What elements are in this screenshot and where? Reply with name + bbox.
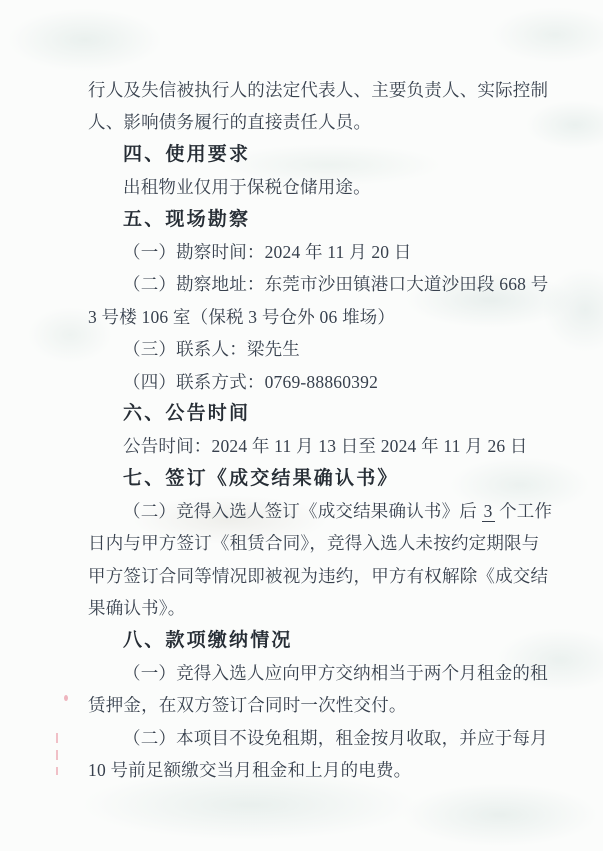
scan-artifact-pink-line bbox=[56, 733, 58, 775]
text-line: （三）联系人：梁先生 bbox=[88, 333, 558, 365]
text-line: 赁押金，在双方签订合同时一次性交付。 bbox=[88, 689, 558, 721]
text-line: （二）本项目不设免租期，租金按月收取，并应于每月 bbox=[88, 722, 558, 754]
text-line: 10 号前足额缴交当月租金和上月的电费。 bbox=[88, 754, 558, 786]
text-line: 行人及失信被执行人的法定代表人、主要负责人、实际控制 bbox=[88, 74, 558, 106]
text-line: （一）竞得入选人应向甲方交纳相当于两个月租金的租 bbox=[88, 657, 558, 689]
text-line: 出租物业仅用于保税仓储用途。 bbox=[88, 171, 558, 203]
text-run: 八、款项缴纳情况 bbox=[123, 630, 293, 651]
text-run: 果确认书》。 bbox=[88, 598, 185, 618]
text-line: 3 号楼 106 室（保税 3 号仓外 06 堆场） bbox=[88, 301, 558, 333]
section-heading: 五、现场勘察 bbox=[88, 204, 558, 236]
text-line: （二）竞得入选人签订《成交结果确认书》后 3 个工作 bbox=[88, 495, 558, 527]
text-run: （二）勘察地址：东莞市沙田镇港口大道沙田段 668 号 bbox=[123, 274, 548, 294]
document-body: 行人及失信被执行人的法定代表人、主要负责人、实际控制人、影响债务履行的直接责任人… bbox=[88, 74, 558, 787]
text-run: 六、公告时间 bbox=[123, 403, 250, 424]
text-run: 行人及失信被执行人的法定代表人、主要负责人、实际控制 bbox=[88, 80, 548, 100]
text-run: 四、使用要求 bbox=[123, 144, 250, 165]
text-run: 个工作 bbox=[495, 501, 553, 521]
text-run: 赁押金，在双方签订合同时一次性交付。 bbox=[88, 695, 407, 715]
text-run: 五、现场勘察 bbox=[123, 209, 250, 230]
text-run: （一）勘察时间：2024 年 11 月 20 日 bbox=[123, 242, 412, 262]
text-line: 甲方签订合同等情况即被视为违约，甲方有权解除《成交结 bbox=[88, 560, 558, 592]
section-heading: 七、签订《成交结果确认书》 bbox=[88, 463, 558, 495]
text-run: （二）本项目不设免租期，租金按月收取，并应于每月 bbox=[123, 728, 548, 748]
text-run: 日内与甲方签订《租赁合同》，竞得入选人未按约定期限与 bbox=[88, 533, 539, 553]
text-run: （三）联系人：梁先生 bbox=[123, 339, 300, 359]
text-run: 3 号楼 106 室（保税 3 号仓外 06 堆场） bbox=[88, 307, 395, 327]
text-run: 甲方签订合同等情况即被视为违约，甲方有权解除《成交结 bbox=[88, 566, 548, 586]
section-heading: 四、使用要求 bbox=[88, 139, 558, 171]
text-line: 日内与甲方签订《租赁合同》，竞得入选人未按约定期限与 bbox=[88, 527, 558, 559]
scanned-document-page: 行人及失信被执行人的法定代表人、主要负责人、实际控制人、影响债务履行的直接责任人… bbox=[0, 0, 603, 851]
text-line: （四）联系方式：0769-88860392 bbox=[88, 366, 558, 398]
text-run: 公告时间：2024 年 11 月 13 日至 2024 年 11 月 26 日 bbox=[123, 436, 528, 456]
text-line: 果确认书》。 bbox=[88, 592, 558, 624]
section-heading: 六、公告时间 bbox=[88, 398, 558, 430]
section-heading: 八、款项缴纳情况 bbox=[88, 625, 558, 657]
underlined-text-run: 3 bbox=[482, 501, 495, 522]
scan-artifact-pink-dot bbox=[64, 695, 68, 701]
text-run: 人、影响债务履行的直接责任人员。 bbox=[88, 112, 371, 132]
text-line: 人、影响债务履行的直接责任人员。 bbox=[88, 106, 558, 138]
text-run: （四）联系方式：0769-88860392 bbox=[123, 372, 378, 392]
text-run: 10 号前足额缴交当月租金和上月的电费。 bbox=[88, 760, 411, 780]
text-line: （一）勘察时间：2024 年 11 月 20 日 bbox=[88, 236, 558, 268]
text-line: （二）勘察地址：东莞市沙田镇港口大道沙田段 668 号 bbox=[88, 268, 558, 300]
text-run: 出租物业仅用于保税仓储用途。 bbox=[123, 177, 371, 197]
text-line: 公告时间：2024 年 11 月 13 日至 2024 年 11 月 26 日 bbox=[88, 430, 558, 462]
text-run: 七、签订《成交结果确认书》 bbox=[123, 468, 399, 489]
text-run: （一）竞得入选人应向甲方交纳相当于两个月租金的租 bbox=[123, 663, 548, 683]
text-run: （二）竞得入选人签订《成交结果确认书》后 bbox=[123, 501, 482, 521]
